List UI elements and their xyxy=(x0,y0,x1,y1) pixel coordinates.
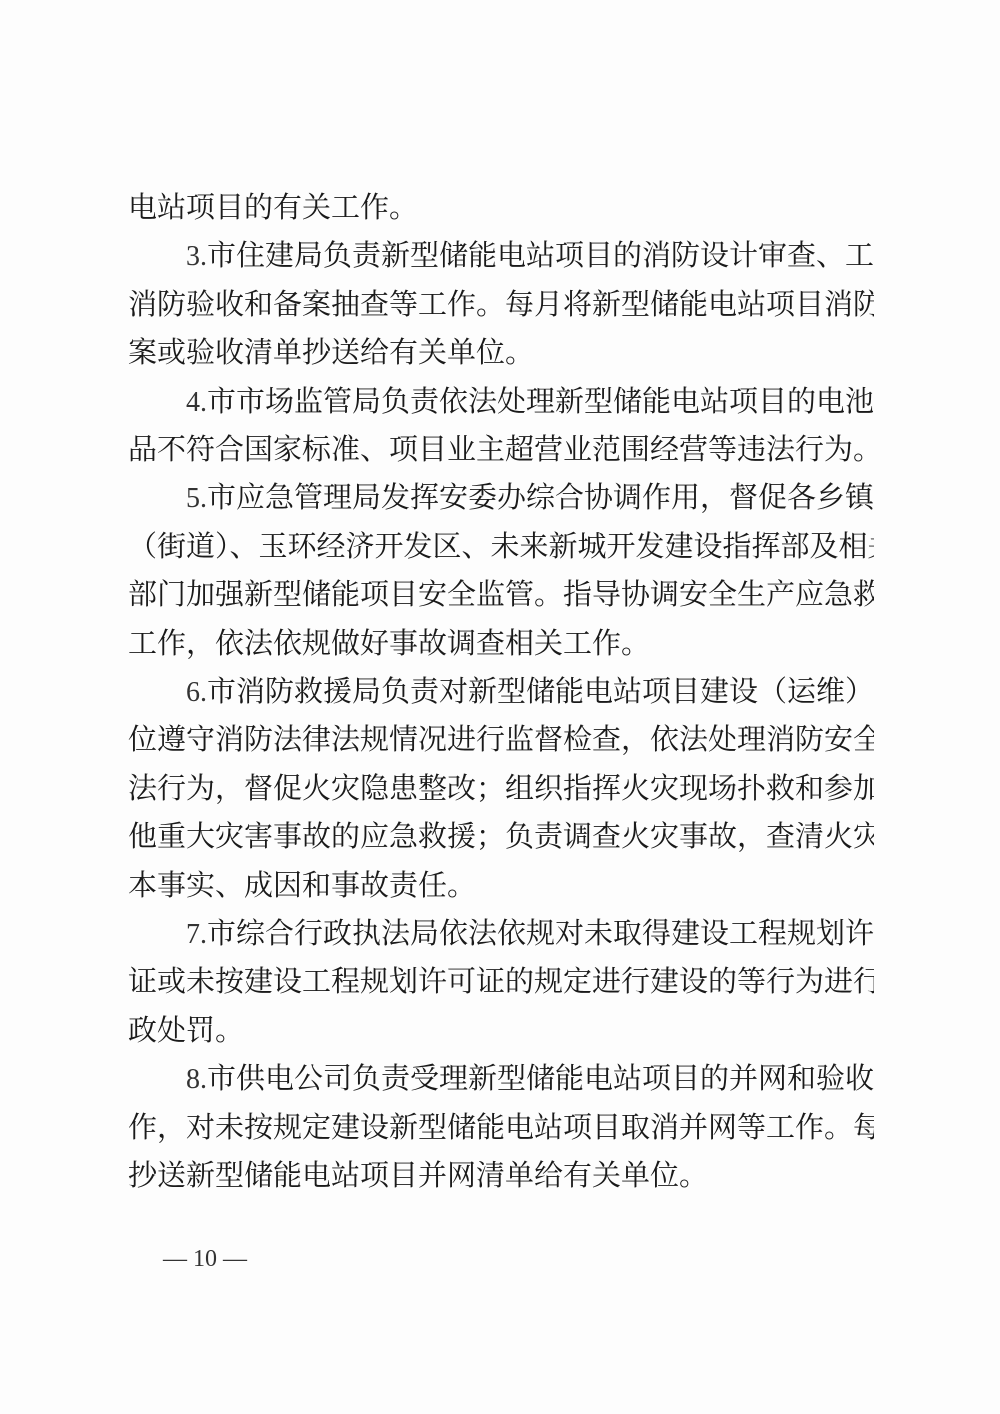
line-text: 证或未按建设工程规划许可证的规定进行建设的等行为进行行 xyxy=(128,964,874,998)
line-text: 电站项目的有关工作。 xyxy=(128,190,418,224)
paragraph-line: 位遵守消防法律法规情况进行监督检查，依法处理消防安全违 xyxy=(128,715,874,763)
line-text: 市市场监管局负责依法处理新型储能电站项目的电池产 xyxy=(207,384,874,418)
line-text: 工作，依法依规做好事故调查相关工作。 xyxy=(128,626,650,660)
item-number: 3. xyxy=(186,233,207,279)
line-text: 市综合行政执法局依法依规对未取得建设工程规划许可 xyxy=(207,916,874,950)
page-number: — 10 — xyxy=(150,1244,260,1274)
line-text: 政处罚。 xyxy=(128,1013,244,1047)
line-text: 案或验收清单抄送给有关单位。 xyxy=(128,335,534,369)
line-text: 市应急管理局发挥安委办综合协调作用，督促各乡镇 xyxy=(207,480,874,514)
paragraph-line: 作，对未按规定建设新型储能电站项目取消并网等工作。每月 xyxy=(128,1103,874,1151)
line-text: 品不符合国家标准、项目业主超营业范围经营等违法行为。 xyxy=(128,432,874,466)
paragraph-line: 工作，依法依规做好事故调查相关工作。 xyxy=(128,619,874,667)
line-text: 抄送新型储能电站项目并网清单给有关单位。 xyxy=(128,1158,708,1192)
paragraph-first-line: 6.市消防救援局负责对新型储能电站项目建设（运维）单 xyxy=(128,667,874,715)
document-page: 电站项目的有关工作。3.市住建局负责新型储能电站项目的消防设计审查、工程消防验收… xyxy=(0,0,1000,1414)
line-text: 他重大灾害事故的应急救援；负责调查火灾事故，查清火灾基 xyxy=(128,819,874,853)
line-text: 位遵守消防法律法规情况进行监督检查，依法处理消防安全违 xyxy=(128,722,874,756)
paragraph-line: 部门加强新型储能项目安全监管。指导协调安全生产应急救援 xyxy=(128,570,874,618)
paragraph-line: 消防验收和备案抽查等工作。每月将新型储能电站项目消防备 xyxy=(128,280,874,328)
item-number: 7. xyxy=(186,911,207,957)
paragraph-line: 电站项目的有关工作。 xyxy=(128,183,874,231)
line-text: （街道）、玉环经济开发区、未来新城开发建设指挥部及相关 xyxy=(128,529,874,563)
item-number: 4. xyxy=(186,379,207,425)
line-text: 部门加强新型储能项目安全监管。指导协调安全生产应急救援 xyxy=(128,577,874,611)
item-number: 5. xyxy=(186,475,207,521)
paragraph-line: 法行为，督促火灾隐患整改；组织指挥火灾现场扑救和参加其 xyxy=(128,764,874,812)
paragraph-first-line: 3.市住建局负责新型储能电站项目的消防设计审查、工程 xyxy=(128,231,874,279)
item-number: 8. xyxy=(186,1056,207,1102)
paragraph-line: （街道）、玉环经济开发区、未来新城开发建设指挥部及相关 xyxy=(128,522,874,570)
paragraph-line: 品不符合国家标准、项目业主超营业范围经营等违法行为。 xyxy=(128,425,874,473)
paragraph-first-line: 4.市市场监管局负责依法处理新型储能电站项目的电池产 xyxy=(128,377,874,425)
paragraph-line: 抄送新型储能电站项目并网清单给有关单位。 xyxy=(128,1151,874,1199)
line-text: 本事实、成因和事故责任。 xyxy=(128,868,476,902)
line-text: 作，对未按规定建设新型储能电站项目取消并网等工作。每月 xyxy=(128,1110,874,1144)
paragraph-first-line: 8.市供电公司负责受理新型储能电站项目的并网和验收工 xyxy=(128,1054,874,1102)
line-text: 市供电公司负责受理新型储能电站项目的并网和验收工 xyxy=(207,1061,874,1095)
line-text: 消防验收和备案抽查等工作。每月将新型储能电站项目消防备 xyxy=(128,287,874,321)
line-text: 法行为，督促火灾隐患整改；组织指挥火灾现场扑救和参加其 xyxy=(128,771,874,805)
paragraph-line: 他重大灾害事故的应急救援；负责调查火灾事故，查清火灾基 xyxy=(128,812,874,860)
item-number: 6. xyxy=(186,669,207,715)
paragraph-first-line: 7.市综合行政执法局依法依规对未取得建设工程规划许可 xyxy=(128,909,874,957)
paragraph-line: 政处罚。 xyxy=(128,1006,874,1054)
paragraph-line: 本事实、成因和事故责任。 xyxy=(128,861,874,909)
line-text: 市住建局负责新型储能电站项目的消防设计审查、工程 xyxy=(207,238,874,272)
line-text: 市消防救援局负责对新型储能电站项目建设（运维）单 xyxy=(207,674,874,708)
paragraph-line: 案或验收清单抄送给有关单位。 xyxy=(128,328,874,376)
paragraph-first-line: 5.市应急管理局发挥安委办综合协调作用，督促各乡镇 xyxy=(128,473,874,521)
paragraph-line: 证或未按建设工程规划许可证的规定进行建设的等行为进行行 xyxy=(128,957,874,1005)
